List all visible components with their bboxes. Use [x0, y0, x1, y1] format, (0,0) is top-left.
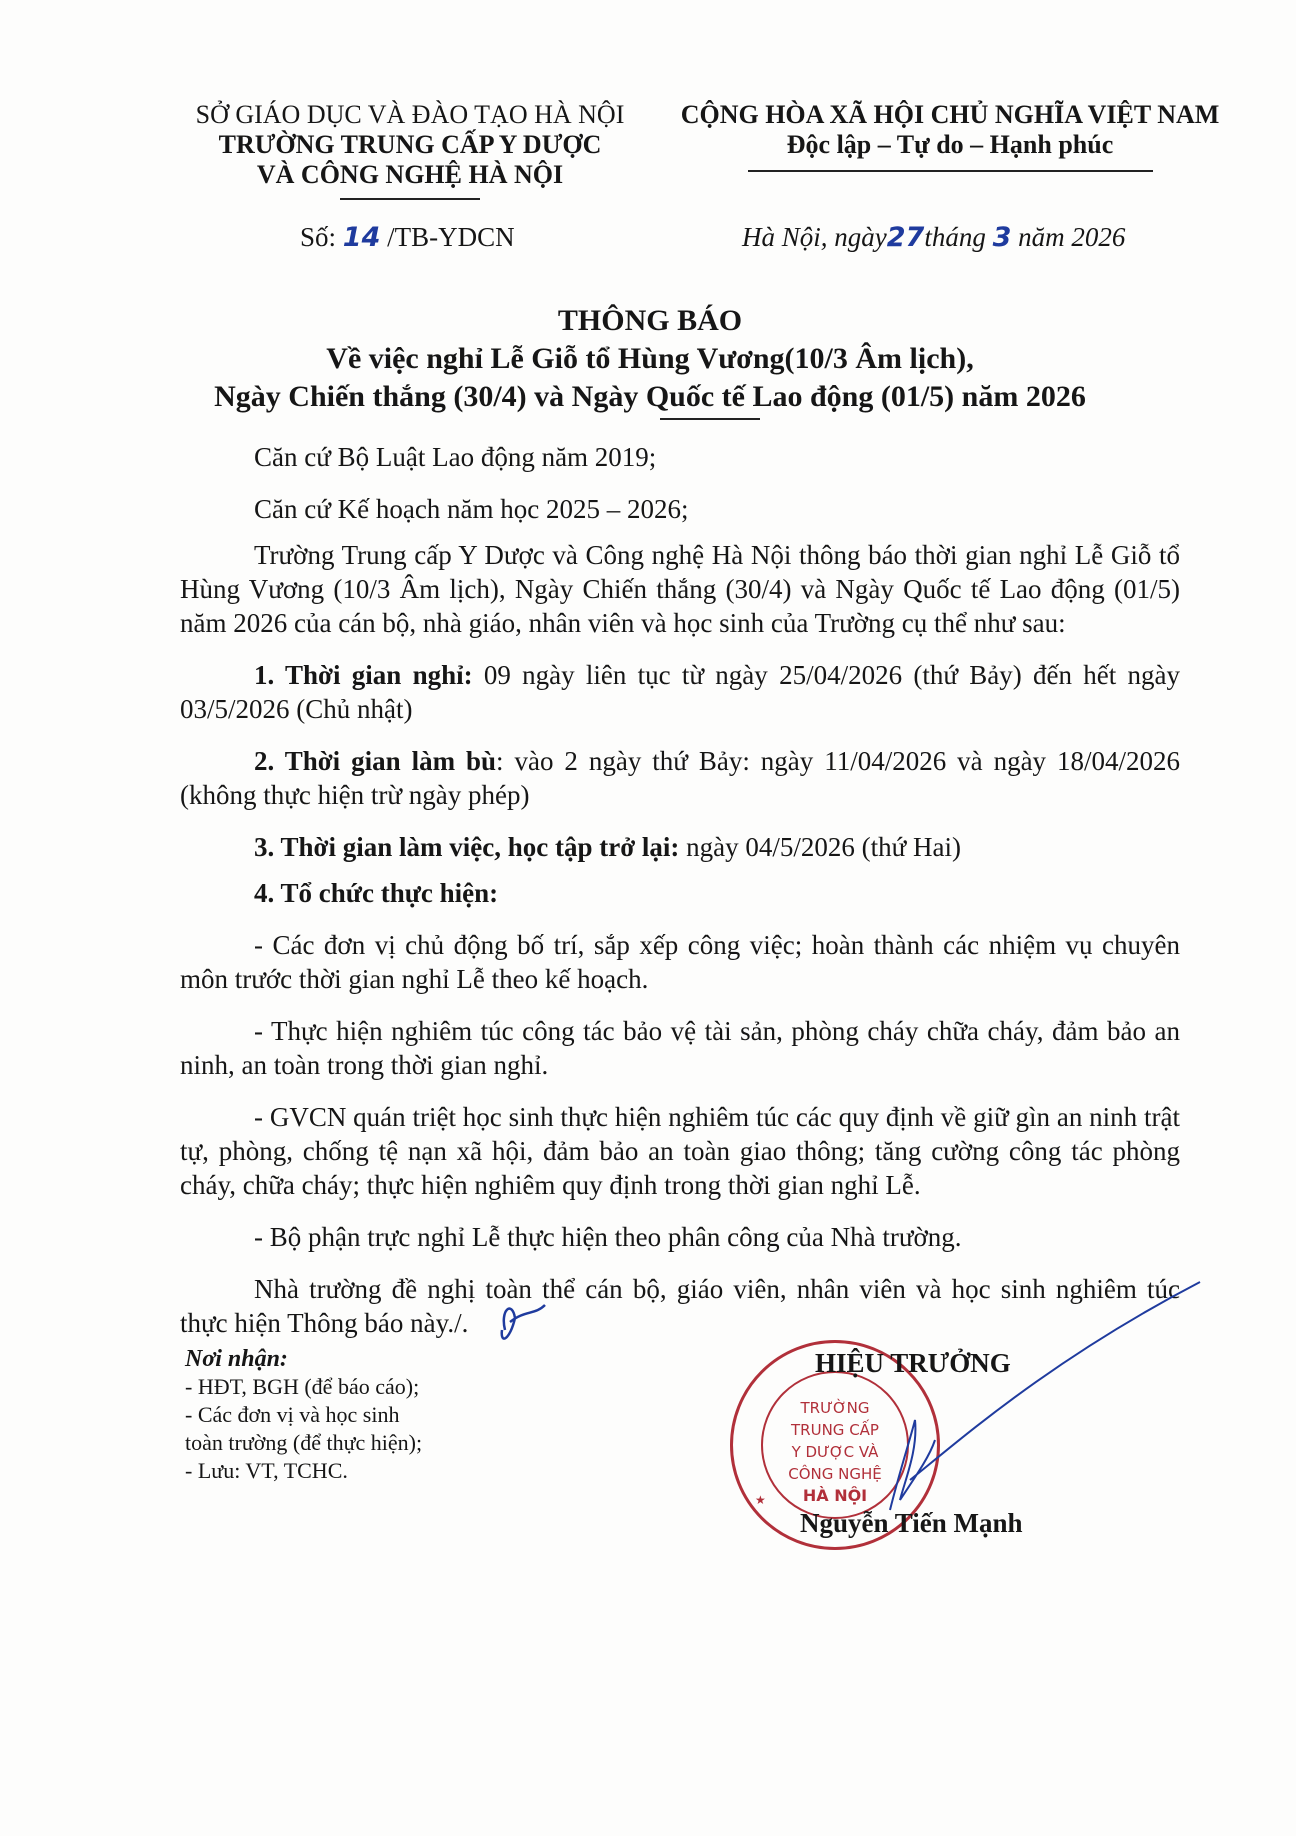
handwritten-signature-icon	[0, 0, 1296, 1836]
